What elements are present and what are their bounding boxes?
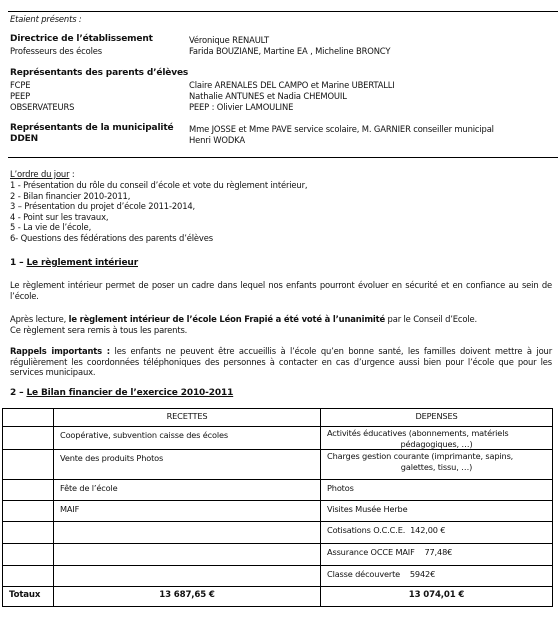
attendance-value-dden: Henri WODKA bbox=[189, 135, 245, 145]
recette-cell bbox=[54, 522, 321, 544]
table-row: Fête de l’école Photos bbox=[3, 480, 553, 501]
depense-cell: Photos bbox=[321, 480, 553, 501]
agenda-title-suffix: : bbox=[69, 169, 74, 179]
attendance-value-municipalite: Mme JOSSE et Mme PAVE service scolaire, … bbox=[189, 124, 494, 134]
recette-cell bbox=[54, 566, 321, 587]
table-row: MAIF Visites Musée Herbe bbox=[3, 501, 553, 522]
agenda-item: 4 - Point sur les travaux, bbox=[10, 212, 307, 223]
totals-label: Totaux bbox=[3, 587, 54, 607]
attendance-value-directrice: Véronique RENAULT bbox=[189, 35, 269, 45]
top-rule bbox=[8, 11, 558, 12]
p2-bold: le règlement intérieur de l’école Léon F… bbox=[69, 314, 385, 324]
table-row: Assurance OCCE MAIF 77,48€ bbox=[3, 544, 553, 566]
recette-cell: MAIF bbox=[54, 501, 321, 522]
table-row: Vente des produits Photos Charges gestio… bbox=[3, 450, 553, 480]
attendance-value-peep: Nathalie ANTUNES et Nadia CHEMOUIL bbox=[189, 91, 347, 101]
section-rule bbox=[8, 157, 558, 158]
total-recettes: 13 687,65 € bbox=[54, 587, 321, 607]
p3-bold: Rappels importants : bbox=[10, 346, 110, 356]
header-depenses: DEPENSES bbox=[321, 409, 553, 427]
p2-post: par le Conseil d’Ecole. bbox=[385, 314, 477, 324]
section2-number: 2 – bbox=[10, 388, 26, 398]
table-row: Coopérative, subvention caisse des école… bbox=[3, 427, 553, 450]
header-recettes: RECETTES bbox=[54, 409, 321, 427]
depense-cell: Assurance OCCE MAIF 77,48€ bbox=[321, 544, 553, 566]
attendance-intro: Etaient présents : bbox=[10, 14, 82, 24]
recette-cell: Coopérative, subvention caisse des école… bbox=[54, 427, 321, 450]
section1-heading: 1 – Le règlement intérieur bbox=[10, 258, 138, 268]
header-empty bbox=[3, 409, 54, 427]
attendance-label-professeurs: Professeurs des écoles bbox=[10, 46, 102, 56]
section1-paragraph-1: Le règlement intérieur permet de poser u… bbox=[10, 280, 552, 301]
agenda-title: L’ordre du jour : bbox=[10, 169, 75, 179]
attendance-label-peep: PEEP bbox=[10, 91, 30, 101]
attendance-label-dden: DDEN bbox=[10, 134, 38, 144]
attendance-heading-municipalite: Représentants de la municipalité bbox=[10, 123, 173, 133]
agenda-title-text: L’ordre du jour bbox=[10, 169, 69, 179]
depense-cell: Classe découverte 5942€ bbox=[321, 566, 553, 587]
attendance-value-fcpe: Claire ARENALES DEL CAMPO et Marine UBER… bbox=[189, 80, 395, 90]
depense-cell: Visites Musée Herbe bbox=[321, 501, 553, 522]
total-depenses: 13 074,01 € bbox=[321, 587, 553, 607]
depense-cell: Charges gestion courante (imprimante, sa… bbox=[321, 450, 553, 480]
recette-cell: Fête de l’école bbox=[54, 480, 321, 501]
recette-cell: Vente des produits Photos bbox=[54, 450, 321, 480]
recette-cell bbox=[54, 544, 321, 566]
table-header-row: RECETTES DEPENSES bbox=[3, 409, 553, 427]
depense-cell: Activités éducatives (abonnements, matér… bbox=[321, 427, 553, 450]
attendance-value-observateurs: PEEP : Olivier LAMOULINE bbox=[189, 102, 293, 112]
table-row: Classe découverte 5942€ bbox=[3, 566, 553, 587]
agenda-item: 1 - Présentation du rôle du conseil d’éc… bbox=[10, 180, 307, 191]
section1-title: Le règlement intérieur bbox=[26, 258, 138, 268]
section1-paragraph-2: Après lecture, le règlement intérieur de… bbox=[10, 314, 552, 335]
section2-heading: 2 – Le Bilan financier de l’exercice 201… bbox=[10, 388, 233, 398]
section1-number: 1 – bbox=[10, 258, 26, 268]
table-row: Cotisations O.C.C.E. 142,00 € bbox=[3, 522, 553, 544]
attendance-heading-directrice: Directrice de l’établissement bbox=[10, 34, 153, 44]
agenda-item: 5 - La vie de l’école, bbox=[10, 222, 307, 233]
attendance-value-professeurs: Farida BOUZIANE, Martine EA , Micheline … bbox=[189, 46, 390, 56]
p2-pre: Après lecture, bbox=[10, 314, 69, 324]
totals-row: Totaux 13 687,65 € 13 074,01 € bbox=[3, 587, 553, 607]
agenda-item: 2 - Bilan financier 2010-2011, bbox=[10, 191, 307, 202]
agenda-item: 3 – Présentation du projet d’école 2011-… bbox=[10, 201, 307, 212]
section2-title: Le Bilan financier de l’exercice 2010-20… bbox=[26, 388, 233, 398]
p2-line2: Ce règlement sera remis à tous les paren… bbox=[10, 325, 187, 335]
attendance-label-fcpe: FCPE bbox=[10, 80, 30, 90]
attendance-label-observateurs: OBSERVATEURS bbox=[10, 102, 74, 112]
financial-table: RECETTES DEPENSES Coopérative, subventio… bbox=[2, 408, 553, 607]
section1-paragraph-3: Rappels importants : les enfants ne peuv… bbox=[10, 346, 552, 378]
depense-cell: Cotisations O.C.C.E. 142,00 € bbox=[321, 522, 553, 544]
attendance-heading-parents: Représentants des parents d’élèves bbox=[10, 68, 188, 78]
agenda-list: 1 - Présentation du rôle du conseil d’éc… bbox=[10, 180, 307, 244]
agenda-item: 6- Questions des fédérations des parents… bbox=[10, 233, 307, 244]
